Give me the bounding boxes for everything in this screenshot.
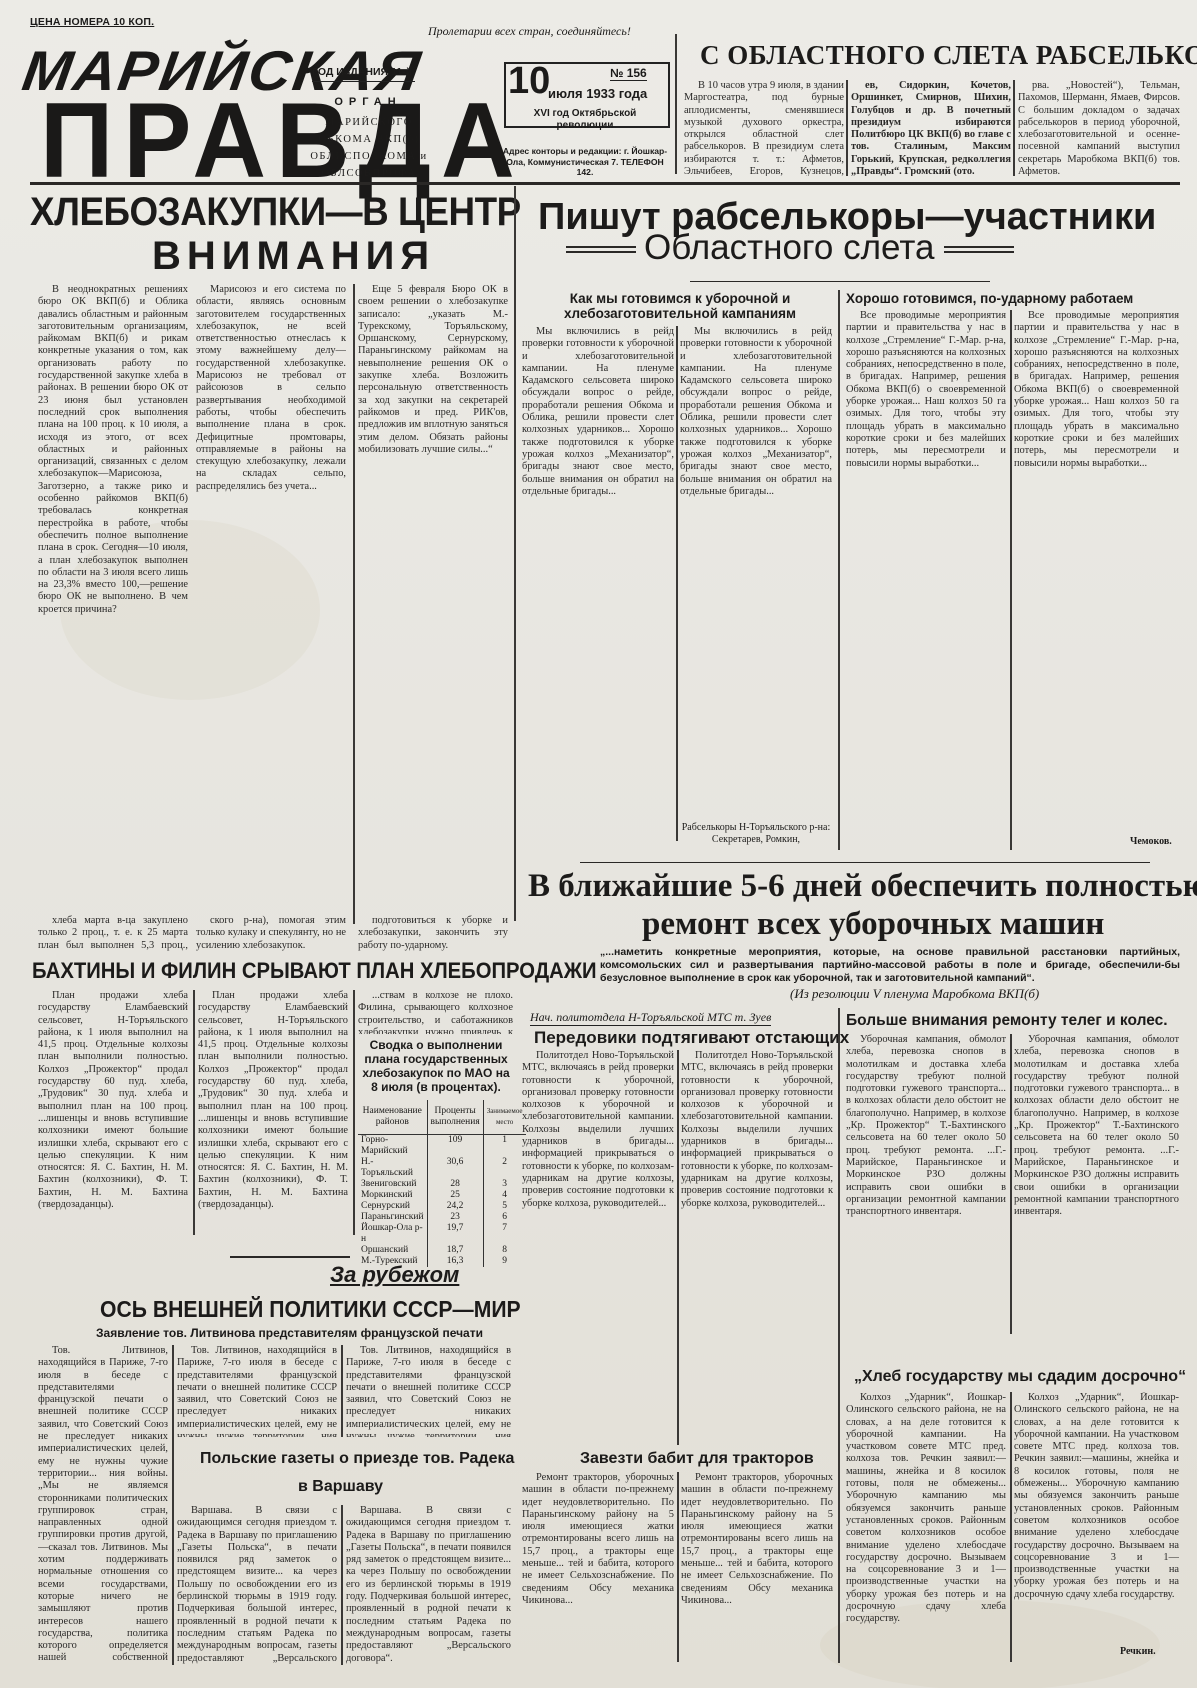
table-cell-district: Сернурский [358,1201,427,1212]
issue-day: 10 [508,60,550,103]
column-divider [514,186,516,921]
divider [580,862,1150,863]
table-cell-place: 9 [483,1256,525,1267]
rubric-abroad: За рубежом [330,1262,459,1288]
table-cell-district: Параньгинский [358,1212,427,1223]
table-cell-percent: 23 [427,1212,483,1223]
slogan: Пролетарии всех стран, соединяйтесь! [428,24,631,39]
organ-line: ОБКОМА ВКП(б) [308,131,430,148]
table-header: Наименование районов [358,1100,427,1135]
table-cell-percent: 30,6 [427,1157,483,1179]
article-column: Еще 5 февраля Бюро ОК в своем решении о … [358,284,508,914]
table-cell-place: 8 [483,1245,525,1256]
byline: Нач. политотдела Н-Торъяльской МТС т. Зу… [530,1010,771,1026]
table-header: Проценты выполнения [427,1100,483,1135]
headline-polish-press: Польские газеты о приезде тов. Радека [200,1450,514,1468]
headline-early-delivery: „Хлеб государству мы сдадим досрочно“ [854,1368,1186,1386]
table-cell-place: 5 [483,1201,525,1212]
table-cell-district: Оршанский [358,1245,427,1256]
table-cell-percent: 25 [427,1190,483,1201]
article-column: Тов. Литвинов, находящийся в Париже, 7-г… [346,1345,511,1437]
table-header: Занимаемое место [483,1100,525,1135]
divider [230,1256,350,1258]
decor-rule [944,251,1014,253]
column-divider [353,284,355,924]
article-column: Колхоз „Ударник“, Йошкар-Олинского сельс… [846,1392,1006,1662]
headline-repair-machines-2: ремонт всех уборочных машин [642,906,1104,943]
headline-babbit: Завезти бабит для тракторов [580,1450,814,1468]
column-divider [341,1345,343,1437]
article-column: Тов. Литвинов, находящийся в Париже, 7-г… [177,1345,337,1437]
article-column: Варшава. В связи с ожидающимся сегодня п… [346,1505,511,1665]
table-cell-percent: 18,7 [427,1245,483,1256]
decor-rule [566,246,636,248]
issue-price: ЦЕНА НОМЕРА 10 КОП. [30,16,154,28]
headline-foreign-policy: ОСЬ ВНЕШНЕЙ ПОЛИТИКИ СССР—МИР [100,1296,521,1323]
table-cell-percent: 24,2 [427,1201,483,1212]
issue-month-year: июля 1933 года [548,86,647,101]
column-divider [838,1008,840,1663]
newspaper-title-line2: ПРАВДА [40,90,525,191]
subheadline-litvinov: Заявление тов. Литвинова представителям … [96,1326,483,1340]
headline-polish-press-2: в Варшаву [298,1478,383,1496]
headline-rabselkor-congress: С ОБЛАСТНОГО СЛЕТА РАБСЕЛЬКОРОВ [700,40,1197,71]
column-divider [846,80,848,176]
article-column: Варшава. В связи с ожидающимся сегодня п… [177,1505,337,1665]
article-closing: ского р-на), помогая этим только кулаку … [196,915,346,953]
summary-table: Наименование районов Проценты выполнения… [358,1100,514,1267]
table-cell-district: Звениговский [358,1179,427,1190]
article-column: Ремонт тракторов, уборочных машин в обла… [522,1472,674,1662]
article-closing: ...ствам в колхозе не плохо. Филина, сры… [358,990,513,1034]
column-divider [1010,1034,1012,1334]
article-column: Мы включились в рейд проверки готовности… [522,326,674,836]
article-column: В 10 часов утра 9 июля, в здании Маргост… [684,80,844,176]
subheadline-good-preparation: Хорошо готовимся, по-ударному работаем [846,291,1133,306]
headline-carts: Больше внимания ремонту телег и колес. [846,1012,1168,1030]
column-divider [353,990,355,1235]
subheadline-preparation: Как мы готовимся к уборочной и хлебозаго… [520,291,840,321]
newspaper-page: ЦЕНА НОМЕРА 10 КОП. МАРИЙСКАЯ ПРАВДА Про… [0,0,1197,1688]
table-cell-percent: 28 [427,1179,483,1190]
organ-line: ОБЛСОВПРОФА [308,165,430,182]
article-column: Политотдел Ново-Торъяльской МТС, включая… [522,1050,674,1422]
signature: Чемоков. [1130,836,1172,847]
article-column: Уборочная кампания, обмолот хлеба, перев… [1014,1034,1179,1332]
article-column: Колхоз „Ударник“, Йошкар-Олинского сельс… [1014,1392,1179,1647]
table-cell-place: 6 [483,1212,525,1223]
table-cell-district: Моркинский [358,1190,427,1201]
article-column: Марисоюз и его система по области, являя… [196,284,346,914]
headline-bakhtins: БАХТИНЫ И ФИЛИН СРЫВАЮТ ПЛАН ХЛЕБОПРОДАЖ… [32,958,597,984]
revolution-year: XVI год Октябрьской революции [520,108,650,132]
column-divider [676,326,678,841]
table-cell-percent: 19,7 [427,1223,483,1245]
table-cell-district: Йошкар-Ола р-н [358,1223,427,1245]
column-divider [677,1472,679,1662]
table-row: Звениговский283 [358,1179,526,1190]
organ-lines: МАРИЙСКОГО ОБКОМА ВКП(б) ОБЛИСПОЛКОМА и … [308,114,430,182]
publication-year: ГОД ИЗДАНИЯ 11-й. [312,66,415,82]
column-divider [341,1505,343,1665]
signature: Речкин. [1120,1646,1156,1657]
decor-rule [944,246,1014,248]
organ-line: МАРИЙСКОГО [308,114,430,131]
table-row: Горно-Марийский1091 [358,1135,526,1158]
headline-grain-purchases: ХЛЕБОЗАКУПКИ—В ЦЕНТР [30,190,521,235]
table-row: Параньгинский236 [358,1212,526,1223]
article-column: В неоднократных решениях бюро ОК ВКП(б) … [38,284,188,914]
headline-correspondents-2: Областного слета [644,228,934,268]
table-cell-place: 2 [483,1157,525,1179]
table-cell-percent: 109 [427,1135,483,1158]
table-cell-place: 7 [483,1223,525,1245]
table-cell-district: Горно-Марийский [358,1135,427,1158]
headline-grain-purchases-2: ВНИМАНИЯ [152,234,435,279]
article-column: Тов. Литвинов, находящийся в Париже, 7-г… [38,1345,168,1665]
table-cell-place: 1 [483,1135,525,1158]
article-column: рва. „Новостей“), Тельман, Пахомов, Шерм… [1018,80,1180,176]
column-divider [193,990,195,1235]
organ-label: ОРГАН [318,96,418,108]
organ-line: ОБЛИСПОЛКОМА и [308,148,430,165]
article-closing: подготовиться к уборке и хлебозакупки, з… [358,915,508,953]
article-column: Все проводимые мероприятия партии и прав… [1014,310,1179,835]
table-row: Сернурский24,25 [358,1201,526,1212]
column-divider [1010,310,1012,850]
table-cell-place: 4 [483,1190,525,1201]
quote-source: (Из резолюции V пленума Маробкома ВКП(б) [790,986,1039,1002]
article-column: Все проводимые мероприятия партии и прав… [846,310,1006,850]
table-cell-place: 3 [483,1179,525,1190]
summary-table-title: Сводка о выполнении плана государственны… [358,1038,514,1094]
article-column: План продажи хлеба государству Еламбаевс… [38,990,188,1230]
issue-number: № 156 [610,66,647,81]
table-row: Н.-Торъяльский30,62 [358,1157,526,1179]
article-column: Ремонт тракторов, уборочных машин в обла… [681,1472,833,1662]
editorial-address: Адрес конторы и редакции: г. Йошкар-Ола,… [500,146,670,178]
signature: Рабселькоры Н-Торъяльского р-на: Секрета… [680,822,832,846]
masthead-rule [30,182,1180,185]
column-divider [172,1345,174,1665]
article-closing: хлеба марта в-ца закуплено только 2 проц… [38,915,188,953]
column-divider [677,1050,679,1445]
table-row: Йошкар-Ола р-н19,77 [358,1223,526,1245]
column-divider [1010,1392,1012,1662]
article-column: План продажи хлеба государству Еламбаевс… [198,990,348,1230]
table-cell-district: Н.-Торъяльский [358,1157,427,1179]
column-divider [838,290,840,850]
headline-repair-machines: В ближайшие 5-6 дней обеспечить полность… [528,868,1197,905]
table-row: Оршанский18,78 [358,1245,526,1256]
article-column: ев, Сидоркин, Кочетов, Оршинкет, Смирнов… [851,80,1011,176]
article-column: Мы включились в рейд проверки готовности… [680,326,832,824]
article-column: Политотдел Ново-Торъяльской МТС, включая… [681,1050,833,1445]
decor-rule [566,251,636,253]
column-divider [1013,80,1015,176]
column-divider [675,34,677,174]
divider [690,281,990,282]
resolution-quote: „...наметить конкретные мероприятия, кот… [600,946,1180,985]
article-column: Уборочная кампания, обмолот хлеба, перев… [846,1034,1006,1332]
headline-leaders: Передовики подтягивают отстающих [534,1028,849,1048]
table-row: Моркинский254 [358,1190,526,1201]
